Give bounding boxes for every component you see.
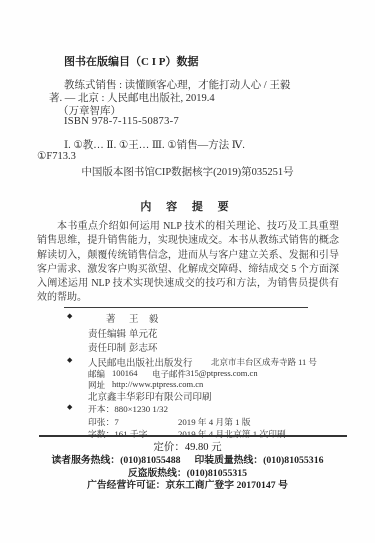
- publisher-name: 人民邮电出版社出版发行: [88, 355, 193, 369]
- edition-value: 2019 年 4 月第 1 版: [178, 415, 251, 428]
- sheets-value: 印张：7: [88, 415, 119, 428]
- email-value: 315@ptpress.com.cn: [186, 368, 258, 378]
- diamond-bullet-icon: ◆: [67, 356, 72, 364]
- postcode-value: 100164: [112, 368, 138, 378]
- website-value: http://www.ptpress.com.cn: [112, 379, 203, 389]
- divider-top: [64, 307, 308, 308]
- author-label: 著: [106, 311, 116, 325]
- editor-label: 责任编辑: [88, 326, 126, 340]
- cip-classification-line1: Ⅰ. ①教… Ⅱ. ①王… Ⅲ. ①销售—方法 Ⅳ.: [64, 137, 245, 152]
- cip-registry-line: 中国版本图书馆CIP数据核字(2019)第035251号: [0, 164, 375, 179]
- diamond-bullet-icon: ◆: [67, 403, 72, 411]
- cip-isbn: ISBN 978-7-115-50873-7: [64, 116, 179, 127]
- ad-license-line: 广告经营许可证：京东工商广登字 20170147 号: [0, 477, 375, 491]
- cip-classification-line2: ①F713.3: [37, 150, 76, 162]
- book-copyright-page: 图书在版编目（C I P）数据 教练式销售 : 读懂顾客心理，才能打动人心 / …: [0, 0, 375, 543]
- diamond-bullet-icon: ◆: [67, 312, 72, 320]
- abstract-title: 内 容 提 要: [0, 198, 375, 214]
- divider-bottom: [39, 435, 347, 437]
- format-value: 开本：880×1230 1/32: [88, 402, 168, 415]
- publisher-address: 北京市丰台区成寿寺路 11 号: [211, 356, 317, 368]
- printer-label: 责任印制: [88, 340, 126, 354]
- cip-header: 图书在版编目（C I P）数据: [64, 53, 198, 69]
- print-company-row: 北京鑫丰华彩印有限公司印刷: [88, 389, 212, 403]
- author-name: 王 毅: [129, 311, 162, 325]
- editor-name: 单元花: [129, 326, 158, 340]
- printer-name: 彭志环: [129, 340, 158, 354]
- abstract-body: 本书重点介绍如何运用 NLP 技术的相关理论、技巧及工具重塑销售思维，提升销售能…: [37, 220, 339, 306]
